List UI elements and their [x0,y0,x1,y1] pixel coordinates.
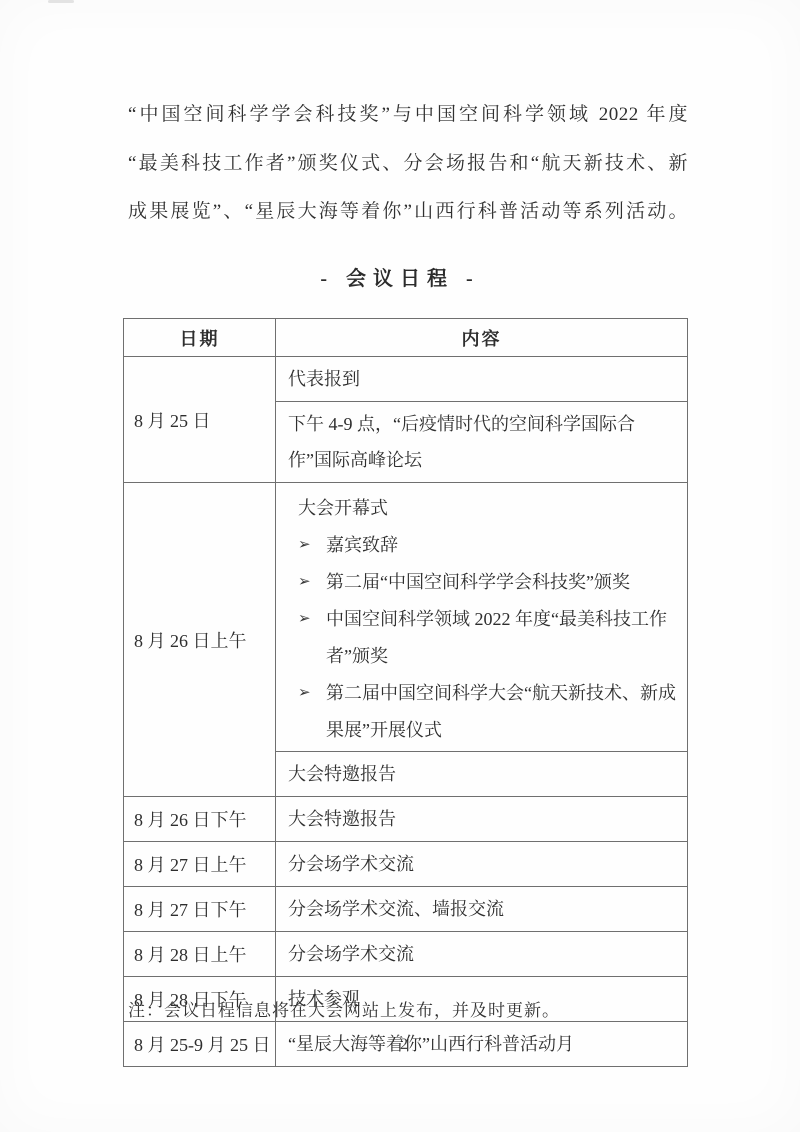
scan-artifact [48,0,74,3]
content-cell-aug25-registration: 代表报到 [276,357,688,402]
date-cell-aug28am: 8 月 28 日上午 [124,932,276,977]
table-row-aug27pm: 8 月 27 日下午 分会场学术交流、墙报交流 [124,887,688,932]
content-cell-aug26am-opening: 大会开幕式 ➢ 嘉宾致辞 ➢ 第二届“中国空间科学学会科技奖”颁奖 ➢ 中国空间… [276,483,688,752]
content-cell-aug28am: 分会场学术交流 [276,932,688,977]
content-cell-aug27am: 分会场学术交流 [276,842,688,887]
agenda-bullet-1: ➢ 嘉宾致辞 [288,527,677,564]
table-header-row: 日期 内容 [124,319,688,357]
intro-line-3: 成果展览”、“星辰大海等着你”山西行科普活动等系列活动。 [128,188,688,237]
scanned-document-page: “中国空间科学学会科技奖”与中国空间科学领域 2022 年度 “最美科技工作者”… [0,0,800,1132]
arrowhead-bullet-icon: ➢ [298,527,326,564]
content-cell-aug27pm: 分会场学术交流、墙报交流 [276,887,688,932]
column-header-content: 内容 [276,319,688,357]
content-cell-aug26pm: 大会特邀报告 [276,797,688,842]
date-cell-aug25: 8 月 25 日 [124,357,276,483]
agenda-bullet-4: ➢ 第二届中国空间科学大会“航天新技术、新成果展”开展仪式 [288,675,677,749]
date-cell-aug27pm: 8 月 27 日下午 [124,887,276,932]
arrowhead-bullet-icon: ➢ [298,675,326,749]
date-cell-aug26pm: 8 月 26 日下午 [124,797,276,842]
page-number: 2 [8,1036,800,1054]
agenda-bullet-3-text: 中国空间科学领域 2022 年度“最美科技工作者”颁奖 [326,601,677,675]
column-header-date: 日期 [124,319,276,357]
arrowhead-bullet-icon: ➢ [298,564,326,601]
agenda-bullet-1-text: 嘉宾致辞 [326,527,677,564]
content-cell-aug26am-reports: 大会特邀报告 [276,752,688,797]
table-row-aug26pm: 8 月 26 日下午 大会特邀报告 [124,797,688,842]
date-cell-aug27am: 8 月 27 日上午 [124,842,276,887]
opening-ceremony-title: 大会开幕式 [298,490,677,527]
schedule-note: 注：会议日程信息将在大会网站上发布，并及时更新。 [128,1000,560,1022]
schedule-table: 日期 内容 8 月 25 日 代表报到 下午 4-9 点，“后疫情时代的空间科学… [123,318,688,1067]
section-heading: - 会议日程 - [0,262,800,291]
table-row-aug25-1: 8 月 25 日 代表报到 [124,357,688,402]
agenda-bullet-3: ➢ 中国空间科学领域 2022 年度“最美科技工作者”颁奖 [288,601,677,675]
table-row-aug26am-1: 8 月 26 日上午 大会开幕式 ➢ 嘉宾致辞 ➢ 第二届“中国空间科学学会科技… [124,483,688,752]
intro-paragraph: “中国空间科学学会科技奖”与中国空间科学领域 2022 年度 “最美科技工作者”… [128,91,688,237]
agenda-bullet-2-text: 第二届“中国空间科学学会科技奖”颁奖 [326,564,677,601]
table-row-aug28am: 8 月 28 日上午 分会场学术交流 [124,932,688,977]
table-row-aug27am: 8 月 27 日上午 分会场学术交流 [124,842,688,887]
intro-line-2: “最美科技工作者”颁奖仪式、分会场报告和“航天新技术、新 [128,140,688,189]
arrowhead-bullet-icon: ➢ [298,601,326,675]
intro-line-1: “中国空间科学学会科技奖”与中国空间科学领域 2022 年度 [128,91,688,140]
agenda-bullet-2: ➢ 第二届“中国空间科学学会科技奖”颁奖 [288,564,677,601]
content-cell-aug25-forum: 下午 4-9 点，“后疫情时代的空间科学国际合作”国际高峰论坛 [276,402,688,483]
date-cell-aug26am: 8 月 26 日上午 [124,483,276,797]
agenda-bullet-4-text: 第二届中国空间科学大会“航天新技术、新成果展”开展仪式 [326,675,677,749]
